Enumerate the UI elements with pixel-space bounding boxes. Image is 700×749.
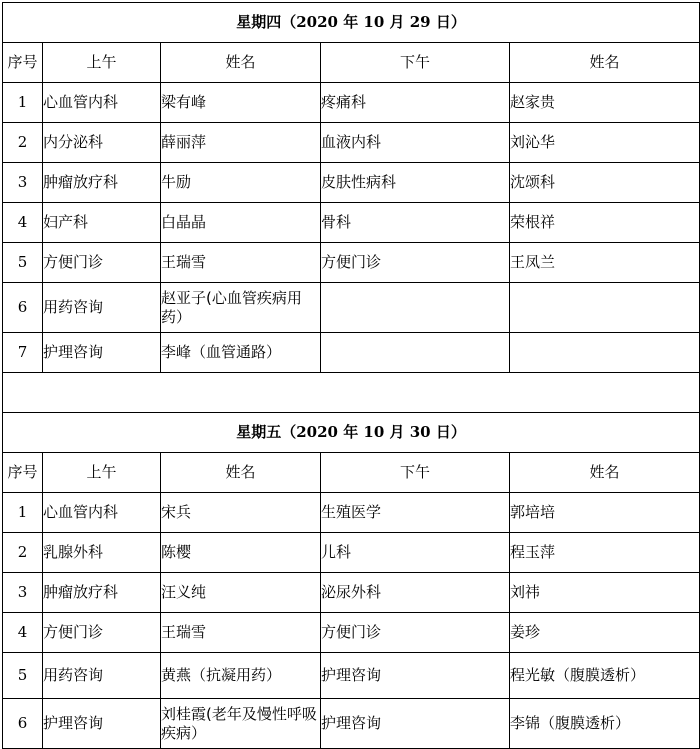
morning-dept-cell: 肿瘤放疗科 <box>43 163 161 203</box>
afternoon-dept-cell: 皮肤性病科 <box>321 163 510 203</box>
morning-dept-cell: 心血管内科 <box>43 83 161 123</box>
morning-doctor-cell: 白晶晶 <box>161 203 321 243</box>
header-afternoon: 下午 <box>321 43 510 83</box>
afternoon-dept-cell: 方便门诊 <box>321 613 510 653</box>
seq-cell: 6 <box>3 699 43 749</box>
morning-doctor-cell: 梁有峰 <box>161 83 321 123</box>
morning-doctor-cell: 薛丽萍 <box>161 123 321 163</box>
morning-dept-cell: 心血管内科 <box>43 493 161 533</box>
afternoon-doctor-cell: 李锦（腹膜透析） <box>510 699 700 749</box>
afternoon-dept-cell <box>321 283 510 333</box>
afternoon-doctor-cell: 刘祎 <box>510 573 700 613</box>
table-row: 3 肿瘤放疗科 牛励 皮肤性病科 沈颂科 <box>3 163 700 203</box>
seq-cell: 5 <box>3 653 43 699</box>
afternoon-doctor-cell: 郭培培 <box>510 493 700 533</box>
afternoon-dept-cell: 护理咨询 <box>321 653 510 699</box>
morning-doctor-cell: 牛励 <box>161 163 321 203</box>
morning-dept-cell: 用药咨询 <box>43 283 161 333</box>
header-morning-name: 姓名 <box>161 43 321 83</box>
table-row: 6 用药咨询 赵亚子(心血管疾病用药） <box>3 283 700 333</box>
day-title-row: 星期四（2020 年 10 月 29 日） <box>3 3 700 43</box>
afternoon-doctor-cell <box>510 333 700 373</box>
afternoon-doctor-cell: 赵家贵 <box>510 83 700 123</box>
morning-doctor-cell: 王瑞雪 <box>161 243 321 283</box>
afternoon-dept-cell: 泌尿外科 <box>321 573 510 613</box>
seq-cell: 4 <box>3 203 43 243</box>
afternoon-dept-cell: 儿科 <box>321 533 510 573</box>
afternoon-doctor-cell: 刘沁华 <box>510 123 700 163</box>
seq-cell: 4 <box>3 613 43 653</box>
morning-doctor-cell: 李峰（血管通路） <box>161 333 321 373</box>
afternoon-dept-cell: 护理咨询 <box>321 699 510 749</box>
header-row: 序号 上午 姓名 下午 姓名 <box>3 453 700 493</box>
afternoon-doctor-cell: 沈颂科 <box>510 163 700 203</box>
seq-cell: 7 <box>3 333 43 373</box>
morning-dept-cell: 乳腺外科 <box>43 533 161 573</box>
seq-cell: 2 <box>3 533 43 573</box>
seq-cell: 6 <box>3 283 43 333</box>
seq-cell: 3 <box>3 573 43 613</box>
day-title: 星期四（2020 年 10 月 29 日） <box>3 3 700 43</box>
afternoon-dept-cell <box>321 333 510 373</box>
table-row: 4 方便门诊 王瑞雪 方便门诊 姜珍 <box>3 613 700 653</box>
table-row: 1 心血管内科 梁有峰 疼痛科 赵家贵 <box>3 83 700 123</box>
day-title: 星期五（2020 年 10 月 30 日） <box>3 413 700 453</box>
schedule-table: 星期四（2020 年 10 月 29 日） 序号 上午 姓名 下午 姓名 1 心… <box>2 2 700 749</box>
morning-doctor-cell: 汪义纯 <box>161 573 321 613</box>
afternoon-doctor-cell: 王凤兰 <box>510 243 700 283</box>
morning-dept-cell: 妇产科 <box>43 203 161 243</box>
header-seq: 序号 <box>3 43 43 83</box>
morning-dept-cell: 用药咨询 <box>43 653 161 699</box>
header-row: 序号 上午 姓名 下午 姓名 <box>3 43 700 83</box>
morning-doctor-cell: 宋兵 <box>161 493 321 533</box>
morning-dept-cell: 内分泌科 <box>43 123 161 163</box>
table-row: 2 内分泌科 薛丽萍 血液内科 刘沁华 <box>3 123 700 163</box>
afternoon-doctor-cell: 姜珍 <box>510 613 700 653</box>
table-row: 4 妇产科 白晶晶 骨科 荣根祥 <box>3 203 700 243</box>
afternoon-dept-cell: 血液内科 <box>321 123 510 163</box>
header-seq: 序号 <box>3 453 43 493</box>
table-row: 2 乳腺外科 陈樱 儿科 程玉萍 <box>3 533 700 573</box>
morning-dept-cell: 方便门诊 <box>43 243 161 283</box>
day-title-row: 星期五（2020 年 10 月 30 日） <box>3 413 700 453</box>
table-row: 3 肿瘤放疗科 汪义纯 泌尿外科 刘祎 <box>3 573 700 613</box>
morning-doctor-cell: 赵亚子(心血管疾病用药） <box>161 283 321 333</box>
morning-doctor-cell: 刘桂霞(老年及慢性呼吸疾病） <box>161 699 321 749</box>
seq-cell: 2 <box>3 123 43 163</box>
morning-dept-cell: 护理咨询 <box>43 333 161 373</box>
seq-cell: 5 <box>3 243 43 283</box>
morning-doctor-cell: 黄燕（抗凝用药） <box>161 653 321 699</box>
seq-cell: 3 <box>3 163 43 203</box>
morning-dept-cell: 护理咨询 <box>43 699 161 749</box>
spacer-cell <box>3 373 700 413</box>
afternoon-dept-cell: 疼痛科 <box>321 83 510 123</box>
morning-doctor-cell: 王瑞雪 <box>161 613 321 653</box>
seq-cell: 1 <box>3 493 43 533</box>
header-afternoon-name: 姓名 <box>510 43 700 83</box>
header-afternoon: 下午 <box>321 453 510 493</box>
header-morning: 上午 <box>43 453 161 493</box>
afternoon-doctor-cell: 荣根祥 <box>510 203 700 243</box>
seq-cell: 1 <box>3 83 43 123</box>
header-morning-name: 姓名 <box>161 453 321 493</box>
table-row: 1 心血管内科 宋兵 生殖医学 郭培培 <box>3 493 700 533</box>
table-row: 6 护理咨询 刘桂霞(老年及慢性呼吸疾病） 护理咨询 李锦（腹膜透析） <box>3 699 700 749</box>
header-morning: 上午 <box>43 43 161 83</box>
afternoon-doctor-cell: 程光敏（腹膜透析） <box>510 653 700 699</box>
header-afternoon-name: 姓名 <box>510 453 700 493</box>
afternoon-dept-cell: 生殖医学 <box>321 493 510 533</box>
afternoon-dept-cell: 骨科 <box>321 203 510 243</box>
table-row: 7 护理咨询 李峰（血管通路） <box>3 333 700 373</box>
table-row: 5 方便门诊 王瑞雪 方便门诊 王凤兰 <box>3 243 700 283</box>
afternoon-doctor-cell <box>510 283 700 333</box>
morning-dept-cell: 方便门诊 <box>43 613 161 653</box>
morning-dept-cell: 肿瘤放疗科 <box>43 573 161 613</box>
spacer-row <box>3 373 700 413</box>
table-row: 5 用药咨询 黄燕（抗凝用药） 护理咨询 程光敏（腹膜透析） <box>3 653 700 699</box>
afternoon-dept-cell: 方便门诊 <box>321 243 510 283</box>
afternoon-doctor-cell: 程玉萍 <box>510 533 700 573</box>
morning-doctor-cell: 陈樱 <box>161 533 321 573</box>
